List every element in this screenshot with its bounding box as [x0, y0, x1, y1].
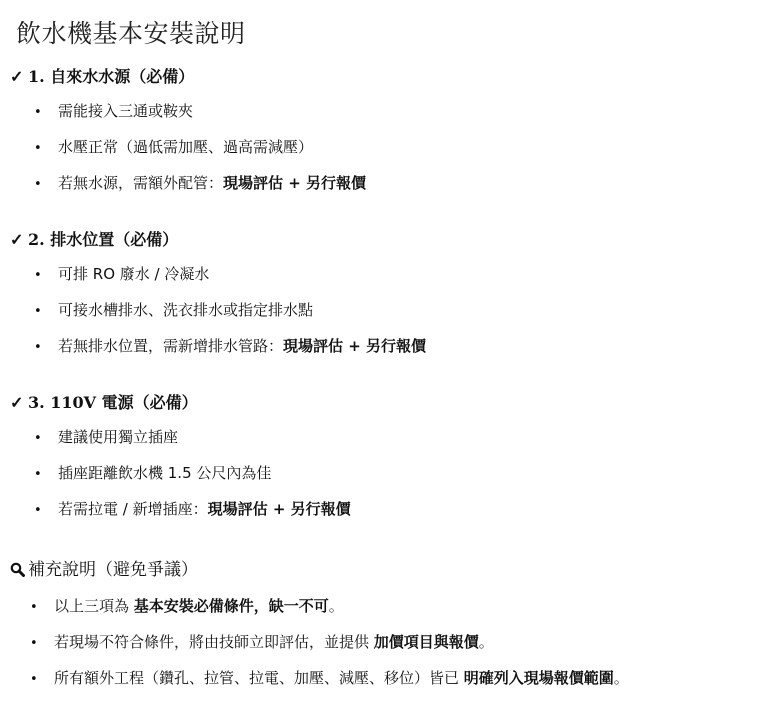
bullet-icon: • — [30, 636, 54, 651]
list-item: •若現場不符合條件，將由技師立即評估，並提供 加價項目與報價。 — [30, 631, 494, 652]
bullet-icon: • — [34, 105, 58, 120]
item-bold-text: 現場評估 + 另行報價 — [283, 337, 426, 355]
item-text: 建議使用獨立插座 — [58, 428, 178, 446]
section-heading-water-source: ✓1. 自來水水源（必備） — [10, 64, 194, 87]
check-icon: ✓ — [10, 230, 28, 249]
item-tail-text: 。 — [614, 669, 629, 687]
section-heading-drainage: ✓2. 排水位置（必備） — [10, 227, 178, 250]
bullet-icon: • — [34, 431, 58, 446]
list-item: •需能接入三通或鞍夾 — [34, 100, 193, 121]
item-text: 插座距離飲水機 1.5 公尺內為佳 — [58, 464, 271, 482]
list-item: •所有額外工程（鑽孔、拉管、拉電、加壓、減壓、移位）皆已 明確列入現場報價範圍。 — [30, 667, 629, 688]
check-icon: ✓ — [10, 393, 28, 412]
item-tail-text: 。 — [329, 597, 344, 615]
item-tail-text: 。 — [479, 633, 494, 651]
page-title: 飲水機基本安裝說明 — [16, 14, 246, 50]
bullet-icon: • — [30, 600, 54, 615]
section-heading-note: 補充說明（避免爭議） — [10, 555, 198, 580]
item-text: 需能接入三通或鞍夾 — [58, 102, 193, 120]
bullet-icon: • — [34, 177, 58, 192]
list-item: •可接水槽排水、洗衣排水或指定排水點 — [34, 299, 313, 320]
item-text: 若無水源，需額外配管： — [58, 174, 223, 192]
item-text: 所有額外工程（鑽孔、拉管、拉電、加壓、減壓、移位）皆已 — [54, 669, 464, 687]
magnifier-icon — [10, 560, 28, 580]
item-text: 若無排水位置，需新增排水管路： — [58, 337, 283, 355]
item-bold-text: 加價項目與報價 — [374, 633, 479, 651]
section-heading-text: 1. 自來水水源（必備） — [28, 67, 194, 86]
section-heading-text: 補充說明（避免爭議） — [28, 560, 198, 580]
item-bold-text: 現場評估 + 另行報價 — [223, 174, 366, 192]
bullet-icon: • — [30, 672, 54, 687]
list-item: •以上三項為 基本安裝必備條件，缺一不可。 — [30, 595, 344, 616]
bullet-icon: • — [34, 268, 58, 283]
list-item: •水壓正常（過低需加壓、過高需減壓） — [34, 136, 313, 157]
section-heading-text: 2. 排水位置（必備） — [28, 230, 178, 249]
item-text: 若需拉電 / 新增插座： — [58, 500, 208, 518]
item-text: 水壓正常（過低需加壓、過高需減壓） — [58, 138, 313, 156]
item-text: 若現場不符合條件，將由技師立即評估，並提供 — [54, 633, 374, 651]
bullet-icon: • — [34, 503, 58, 518]
bullet-icon: • — [34, 141, 58, 156]
list-item: •若無水源，需額外配管：現場評估 + 另行報價 — [34, 172, 366, 193]
list-item: •建議使用獨立插座 — [34, 426, 178, 447]
item-bold-text: 基本安裝必備條件，缺一不可 — [134, 597, 329, 615]
list-item: •插座距離飲水機 1.5 公尺內為佳 — [34, 462, 271, 483]
item-text: 可排 RO 廢水 / 冷凝水 — [58, 265, 209, 283]
bullet-icon: • — [34, 304, 58, 319]
item-bold-text: 明確列入現場報價範圍 — [464, 669, 614, 687]
list-item: •若需拉電 / 新增插座：現場評估 + 另行報價 — [34, 498, 351, 519]
bullet-icon: • — [34, 340, 58, 355]
list-item: •若無排水位置，需新增排水管路：現場評估 + 另行報價 — [34, 335, 426, 356]
item-text: 可接水槽排水、洗衣排水或指定排水點 — [58, 301, 313, 319]
bullet-icon: • — [34, 467, 58, 482]
check-icon: ✓ — [10, 67, 28, 86]
section-heading-text: 3. 110V 電源（必備） — [28, 393, 198, 412]
item-bold-text: 現場評估 + 另行報價 — [208, 500, 351, 518]
section-heading-power: ✓3. 110V 電源（必備） — [10, 390, 198, 413]
item-text: 以上三項為 — [54, 597, 134, 615]
list-item: •可排 RO 廢水 / 冷凝水 — [34, 263, 209, 284]
